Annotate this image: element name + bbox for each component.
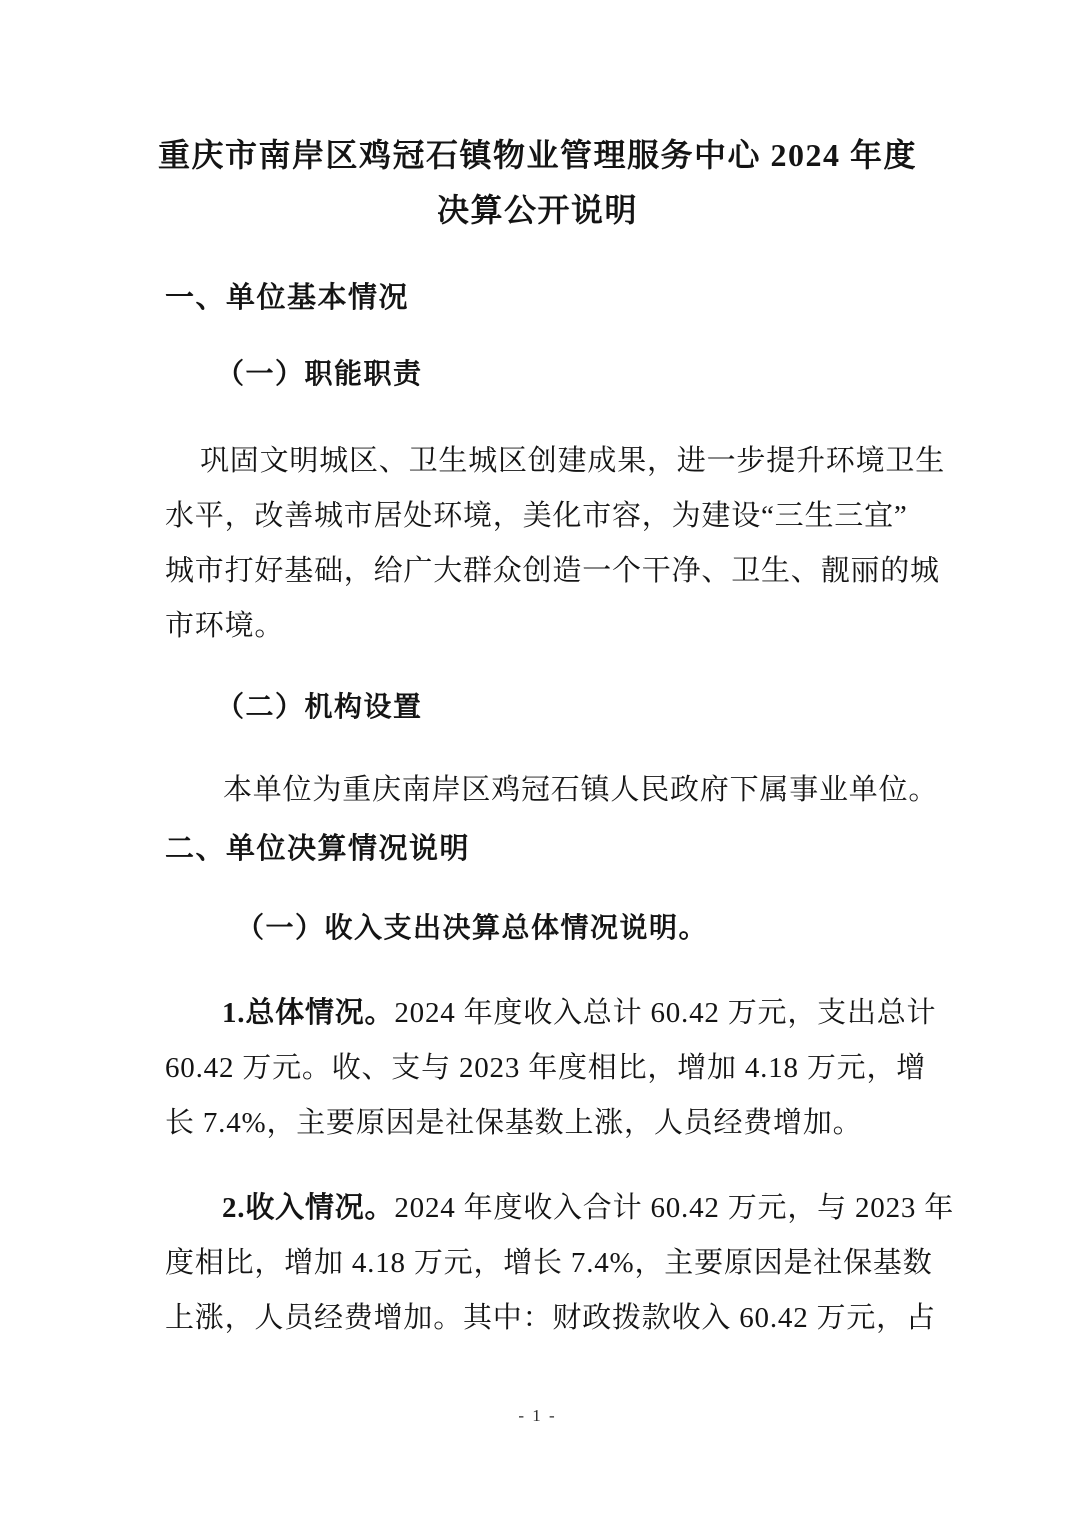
para-income-line-1-rest: 2024 年度收入合计 60.42 万元，与 2023 年 xyxy=(394,1192,954,1224)
document-page: 重庆市南岸区鸡冠石镇物业管理服务中心 2024 年度 决算公开说明 一、单位基本… xyxy=(0,0,1075,1520)
para-org-line: 本单位为重庆南岸区鸡冠石镇人民政府下属事业单位。 xyxy=(223,774,938,807)
para-overall-line-1-rest: 2024 年度收入总计 60.42 万元，支出总计 xyxy=(394,997,936,1029)
para-income-line-2: 度相比，增加 4.18 万元，增长 7.4%，主要原因是社保基数 xyxy=(165,1247,933,1280)
para-overall-line-3: 长 7.4%，主要原因是社保基数上涨，人员经费增加。 xyxy=(165,1107,862,1140)
subheading-duties: （一）职能职责 xyxy=(216,359,423,391)
para-income-line-3: 上涨，人员经费增加。其中：财政拨款收入 60.42 万元，占 xyxy=(165,1302,936,1335)
doc-title-line-1: 重庆市南岸区鸡冠石镇物业管理服务中心 2024 年度 xyxy=(0,137,1075,174)
para-overall-lead: 1.总体情况。 xyxy=(222,997,394,1029)
page-number: - 1 - xyxy=(0,1406,1075,1426)
para-income-lead: 2.收入情况。 xyxy=(222,1192,394,1224)
para-duties-line-3: 城市打好基础，给广大群众创造一个干净、卫生、靓丽的城 xyxy=(165,555,940,588)
para-overall-line-2: 60.42 万元。收、支与 2023 年度相比，增加 4.18 万元，增 xyxy=(165,1052,926,1085)
para-duties-line-4: 市环境。 xyxy=(165,610,284,643)
section-heading-final-accounts: 二、单位决算情况说明 xyxy=(165,833,470,866)
subheading-org-setup: （二）机构设置 xyxy=(216,692,423,724)
section-heading-unit-basic: 一、单位基本情况 xyxy=(165,282,409,315)
para-duties-line-1: 巩固文明城区、卫生城区创建成果，进一步提升环境卫生 xyxy=(200,445,945,478)
para-duties-line-2: 水平，改善城市居处环境，美化市容，为建设“三生三宜” xyxy=(165,500,908,533)
para-income-line-1: 2.收入情况。2024 年度收入合计 60.42 万元，与 2023 年 xyxy=(222,1192,954,1225)
subheading-revenue-expense-overview: （一）收入支出决算总体情况说明。 xyxy=(236,913,708,945)
para-overall-line-1: 1.总体情况。2024 年度收入总计 60.42 万元，支出总计 xyxy=(222,997,936,1030)
doc-title-line-2: 决算公开说明 xyxy=(0,192,1075,229)
